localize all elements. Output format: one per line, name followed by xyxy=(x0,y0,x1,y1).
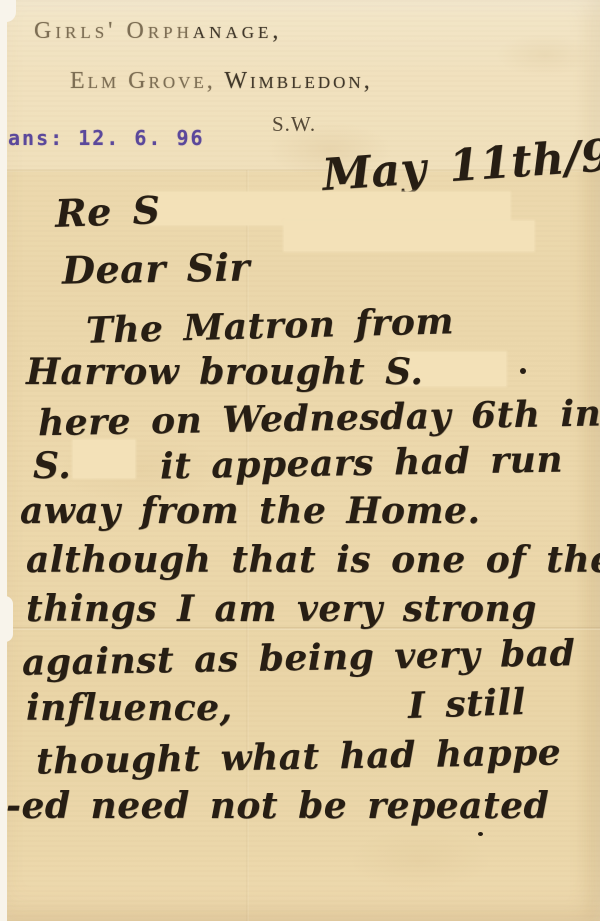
letter-scan: Girls' Orphanage, Elm Grove, Wimbledon, … xyxy=(0,0,600,921)
handwritten-date: May 11th/96 xyxy=(321,129,600,202)
letterhead-address: Elm Grove, Wimbledon, xyxy=(70,68,373,95)
letter-line: The Matron from xyxy=(86,301,455,352)
letter-line: here on Wednesday 6th inst xyxy=(38,393,600,445)
letterhead-org-part2: anage, xyxy=(193,18,283,44)
ink-dot xyxy=(520,368,526,374)
letterhead-org-part1: Girls' Orph xyxy=(34,18,193,44)
answer-date-stamp: ans: 12. 6. 96 xyxy=(8,126,205,150)
letter-line: although that is one of the xyxy=(26,540,600,581)
letterhead-district: S.W. xyxy=(272,112,316,137)
letter-line: I still xyxy=(407,682,526,727)
redaction-box xyxy=(284,221,534,251)
scan-edge-notch xyxy=(0,0,16,22)
letter-line: S. xyxy=(33,446,71,487)
letter-line: Harrow brought S. xyxy=(26,352,423,393)
letterhead-address-part1: Elm Grove, xyxy=(70,68,224,94)
letter-line: influence, xyxy=(26,688,233,729)
letter-line: things I am very strong xyxy=(26,589,537,630)
salutation: Dear Sir xyxy=(62,245,251,292)
letter-line: against as being very bad xyxy=(22,633,576,684)
ink-fleck xyxy=(478,832,483,836)
letterhead-address-part2: Wimbledon, xyxy=(224,68,372,94)
letter-line: away from the Home. xyxy=(20,491,480,532)
reference-line: Re S xyxy=(54,188,161,235)
letter-line: thought what had happe xyxy=(36,732,562,783)
letter-line: it appears had run xyxy=(160,439,564,487)
letter-line: -ed need not be repeated xyxy=(6,786,549,827)
scan-edge-left xyxy=(0,0,7,921)
scan-edge-notch xyxy=(0,596,13,642)
redaction-box xyxy=(73,440,135,478)
letterhead-org-name: Girls' Orphanage, xyxy=(34,18,282,45)
